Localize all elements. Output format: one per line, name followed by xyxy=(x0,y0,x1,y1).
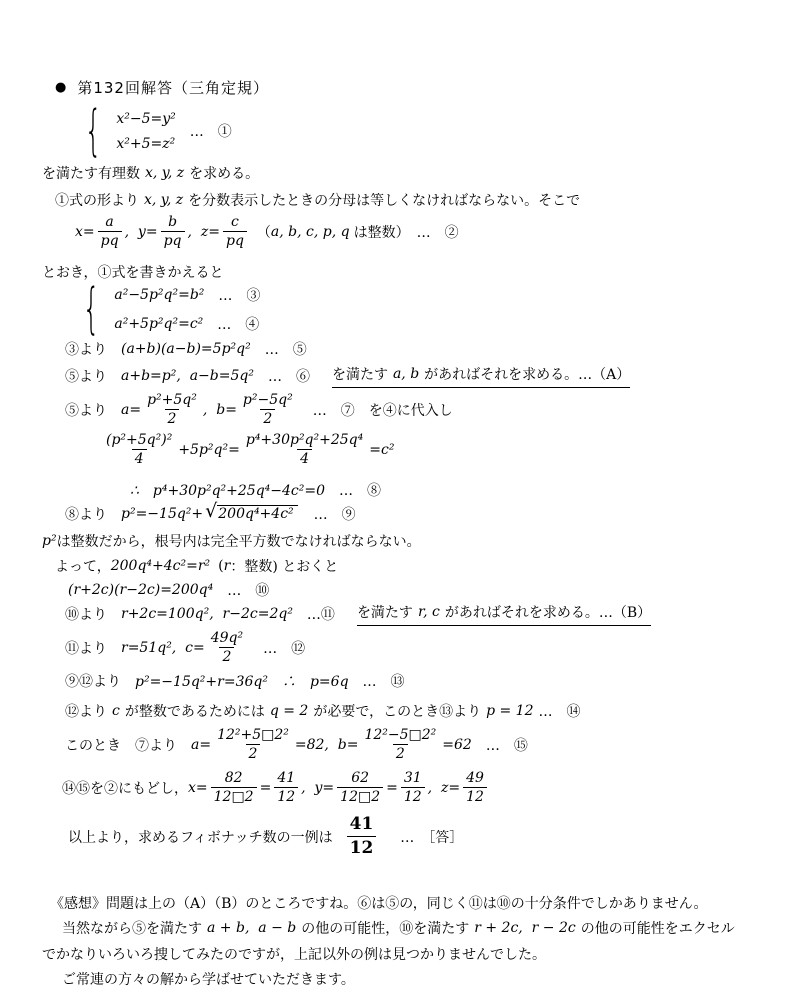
jp-text: （ xyxy=(250,222,271,242)
underlined-note-A: を満たす a, b があればそれを求める。…（A） xyxy=(332,364,630,388)
equation: x²+5=z² xyxy=(116,136,175,152)
jp-text: ：整数) とおくと xyxy=(230,556,338,576)
step-label: ⑨⑫より xyxy=(65,671,121,691)
jp-text: は整数だから，根号内は完全平方数でなければならない。 xyxy=(57,531,421,551)
equation-system-2: { a²−5p²q²=b² … ③ a²+5p²q²=c² … ④ xyxy=(74,282,260,336)
fraction-denominator: 12 xyxy=(401,787,425,807)
fraction-denominator: pq xyxy=(223,231,247,251)
jp-text: を分数表示したときの分母は等しくなければならない。そこで xyxy=(188,190,580,210)
equation-line: ⑨⑫より p²=−15q²+r=36q² ∴ p=6q … ⑬ xyxy=(65,671,405,691)
equation-number: … ⑭ xyxy=(539,701,581,721)
equation-line: ⑤より a+b=p², a−b=5q² … ⑥ を満たす a, b があればそれ… xyxy=(65,364,630,388)
fraction-denominator: 12 xyxy=(274,787,298,807)
fraction-denominator: 12 xyxy=(347,836,377,859)
fraction-denominator: pq xyxy=(98,231,122,251)
math-text: ∴ p⁴+30p²q²+25q⁴−4c²=0 xyxy=(130,480,325,500)
jp-text: ①式の形より xyxy=(55,190,139,210)
math-text: r + 2c, r − 2c xyxy=(474,920,576,936)
equation-line: x= a pq , y= b pq , z= c pq （ a, b, c, p… xyxy=(75,214,459,251)
fraction: 49q² 2 xyxy=(208,630,246,667)
fraction-numerator: p²+5q² xyxy=(144,392,200,409)
text-line: ⑫より c が整数であるためには q = 2 が必要で，このとき⑬より p = … xyxy=(65,701,581,721)
fraction: (p²+5q²)² 4 xyxy=(103,432,175,469)
fraction-denominator: 2 xyxy=(393,744,408,764)
jp-text: でかなりいろいろ捜してみたのですが，上記以外の例は見つかりませんでした。 xyxy=(42,944,546,964)
equation-number: … ⑧ xyxy=(325,480,381,500)
fraction: 12²+5□2² 2 xyxy=(214,727,292,764)
fraction: p²−5q² 2 xyxy=(240,392,296,429)
step-label: ⑩より xyxy=(65,604,107,624)
fraction: b pq xyxy=(161,214,185,251)
jp-text: を満たす xyxy=(357,602,413,622)
fraction-denominator: 4 xyxy=(132,449,147,469)
math-text: a, b, c, p, q xyxy=(271,224,350,240)
fraction-numerator: a xyxy=(102,214,116,231)
fraction-numerator: 49 xyxy=(463,770,487,787)
radical-sign: √ xyxy=(205,502,217,521)
fraction: 62 12□2 xyxy=(337,770,383,807)
equation-number: … ⑬ xyxy=(349,671,405,691)
math-text: r, c xyxy=(418,604,440,620)
math-text: , z= xyxy=(428,780,460,796)
answer-marker: … ［答］ xyxy=(386,827,463,847)
text-line: を満たす有理数 x, y, z を求める。 xyxy=(42,163,259,183)
math-text: a= xyxy=(191,737,211,753)
radicand: 200q⁴+4c² xyxy=(217,505,297,522)
step-label: このとき ⑦より xyxy=(65,735,177,755)
fraction: 41 12 xyxy=(274,770,298,807)
equation-line: (r+2c)(r−2c)=200q⁴ … ⑩ xyxy=(68,580,269,600)
fraction-denominator: 2 xyxy=(165,409,180,429)
jp-text: とおき，①式を書きかえると xyxy=(42,262,223,282)
fraction: p⁴+30p²q²+25q⁴ 4 xyxy=(243,432,366,469)
fraction-denominator: 12□2 xyxy=(337,787,383,807)
math-text: a+b=p², a−b=5q² xyxy=(121,368,254,384)
math-text: p = 12 xyxy=(486,703,533,719)
equation-line: ⑭⑮を②にもどし， x= 82 12□2 = 41 12 , y= 62 12□… xyxy=(62,770,490,807)
math-text: r+2c=100q², r−2c=2q² xyxy=(121,606,293,622)
jp-text: は整数） … ② xyxy=(354,222,459,242)
equation: x²−5=y² xyxy=(116,111,175,127)
fraction-denominator: 12 xyxy=(463,787,487,807)
math-text: a + b, a − b xyxy=(207,920,296,936)
equation-line: ③より (a+b)(a−b)=5p²q² … ⑤ xyxy=(65,339,307,359)
equation-number: … ⑤ xyxy=(251,339,307,359)
jp-text: の他の可能性をエクセル xyxy=(581,918,735,938)
left-brace: { xyxy=(85,104,102,158)
fraction-denominator: 4 xyxy=(297,449,312,469)
math-text: x= xyxy=(75,224,95,240)
jp-text: 《感想》問題は上の（A）（B）のところですね。⑥は⑤の，同じく⑪は⑩の十分条件で… xyxy=(50,893,708,913)
equation-number: … ⑫ xyxy=(249,638,305,658)
text-line: ①式の形より x, y, z を分数表示したときの分母は等しくなければならない。… xyxy=(55,190,580,210)
comment-line: 当然ながら⑤を満たす a + b, a − b の他の可能性，⑩を満たす r +… xyxy=(62,918,735,938)
title-text: 第132回解答（三角定規） xyxy=(77,77,269,98)
math-text: , y= xyxy=(125,224,158,240)
comment-line: 《感想》問題は上の（A）（B）のところですね。⑥は⑤の，同じく⑪は⑩の十分条件で… xyxy=(50,893,708,913)
math-text: +5p²q²= xyxy=(178,442,240,458)
fraction-numerator: 49q² xyxy=(208,630,246,647)
fraction: 12²−5□2² 2 xyxy=(361,727,439,764)
fraction-numerator: b xyxy=(165,214,180,231)
jp-text: よって， xyxy=(55,556,111,576)
step-label: ⑭⑮を②にもどし， xyxy=(62,778,188,798)
fraction: p²+5q² 2 xyxy=(144,392,200,429)
math-text: a= xyxy=(121,402,141,418)
math-text: , z= xyxy=(188,224,220,240)
math-text: , y= xyxy=(301,780,334,796)
equation-line: このとき ⑦より a= 12²+5□2² 2 =82, b= 12²−5□2² … xyxy=(65,727,528,764)
equation-line: (p²+5q²)² 4 +5p²q²= p⁴+30p²q²+25q⁴ 4 =c² xyxy=(100,432,394,469)
equation-number: …⑪ xyxy=(293,604,335,624)
step-label: ③より xyxy=(65,339,107,359)
math-text: (a+b)(a−b)=5p²q² xyxy=(121,341,251,357)
math-text: c xyxy=(112,703,120,719)
math-text: p²=−15q²+ xyxy=(121,506,203,522)
jp-text: を満たす有理数 xyxy=(42,163,140,183)
comment-line: でかなりいろいろ捜してみたのですが，上記以外の例は見つかりませんでした。 xyxy=(42,944,546,964)
fraction-denominator: 2 xyxy=(246,744,261,764)
math-text: x, y, z xyxy=(144,192,183,208)
system-equations: x²−5=y² x²+5=z² xyxy=(116,111,175,152)
equation-number: … ③ xyxy=(204,285,260,305)
fraction-numerator: 12²+5□2² xyxy=(214,727,292,744)
text-line: よって， 200q⁴+4c²=r² ( r ：整数) とおくと xyxy=(55,556,338,576)
math-text: p² xyxy=(42,533,57,549)
fraction-numerator: 82 xyxy=(222,770,246,787)
underlined-note-B: を満たす r, c があればそれを求める。…（B） xyxy=(357,602,651,626)
math-text: r=51q², c= xyxy=(121,640,205,656)
fraction-numerator: 62 xyxy=(348,770,372,787)
equation-number: … ⑨ xyxy=(300,504,356,524)
equation-system-1: { x²−5=y² x²+5=z² … ① xyxy=(76,104,232,158)
fraction-numerator: p²−5q² xyxy=(240,392,296,409)
fraction: 49 12 xyxy=(463,770,487,807)
jp-text: … ⑦ を④に代入し xyxy=(299,400,453,420)
jp-text: を満たす xyxy=(332,364,388,384)
equation-line: ⑪より r=51q², c= 49q² 2 … ⑫ xyxy=(65,630,305,667)
math-text: x, y, z xyxy=(145,165,184,181)
fraction: c pq xyxy=(223,214,247,251)
equation-number: … ① xyxy=(176,121,232,141)
equation: a²+5p²q²=c² xyxy=(114,316,203,332)
equation-number: … ⑩ xyxy=(213,580,269,600)
page-title: ● 第132回解答（三角定規） xyxy=(55,77,269,98)
fraction-denominator: 2 xyxy=(219,647,234,667)
jp-text: が整数であるためには xyxy=(125,701,265,721)
math-text: a, b xyxy=(393,366,419,382)
jp-text: があればそれを求める。…（A） xyxy=(424,364,630,384)
math-text: = xyxy=(260,780,272,796)
math-text: =82, b= xyxy=(295,737,359,753)
equation-line: ⑩より r+2c=100q², r−2c=2q² …⑪ を満たす r, c があ… xyxy=(65,602,651,626)
radical: √ 200q⁴+4c² xyxy=(205,505,298,524)
math-text: p²=−15q²+r=36q² ∴ p=6q xyxy=(135,671,349,691)
math-text: =62 xyxy=(442,737,472,753)
math-text: = xyxy=(386,780,398,796)
answer-fraction: 41 12 xyxy=(347,815,377,859)
jp-text: を求める。 xyxy=(189,163,259,183)
jp-text: が必要で，このとき⑬より xyxy=(313,701,481,721)
math-text: , b= xyxy=(203,402,237,418)
math-text: =c² xyxy=(369,442,394,458)
math-text: x= xyxy=(188,780,208,796)
fraction-numerator: c xyxy=(228,214,242,231)
system-equations: a²−5p²q²=b² … ③ a²+5p²q²=c² … ④ xyxy=(114,285,260,334)
equation-number: … ⑥ xyxy=(254,366,310,386)
step-label: ⑤より xyxy=(65,400,107,420)
step-label: ⑪より xyxy=(65,638,107,658)
jp-text: があればそれを求める。…（B） xyxy=(445,602,651,622)
comment-line: ご常連の方々の解から学ばせていただきます。 xyxy=(62,969,355,989)
equation-line: ⑧より p²=−15q²+ √ 200q⁴+4c² … ⑨ xyxy=(65,504,356,524)
fraction: 82 12□2 xyxy=(211,770,257,807)
fraction-numerator: 31 xyxy=(401,770,425,787)
fraction-numerator: 41 xyxy=(347,815,377,836)
jp-text: ご常連の方々の解から学ばせていただきます。 xyxy=(62,969,355,989)
step-label: ⑧より xyxy=(65,504,107,524)
step-label: ⑫より xyxy=(65,701,107,721)
equation-line: ∴ p⁴+30p²q²+25q⁴−4c²=0 … ⑧ xyxy=(130,480,381,500)
math-text: q = 2 xyxy=(270,703,309,719)
jp-text: の他の可能性，⑩を満たす xyxy=(301,918,469,938)
fraction: 31 12 xyxy=(401,770,425,807)
math-text: (r+2c)(r−2c)=200q⁴ xyxy=(68,582,213,598)
fraction-numerator: 41 xyxy=(274,770,298,787)
document-page: ● 第132回解答（三角定規） { x²−5=y² x²+5=z² … ① を満… xyxy=(0,0,787,1003)
jp-text: 以上より，求めるフィボナッチ数の一例は xyxy=(68,827,333,847)
math-text: r xyxy=(224,558,231,574)
fraction-denominator: 2 xyxy=(260,409,275,429)
step-label: ⑤より xyxy=(65,366,107,386)
equation: a²−5p²q²=b² xyxy=(114,287,204,303)
text-line: とおき，①式を書きかえると xyxy=(42,262,223,282)
answer-line: 以上より，求めるフィボナッチ数の一例は 41 12 … ［答］ xyxy=(68,815,463,859)
math-text: 200q⁴+4c²=r² xyxy=(111,558,210,574)
equation-number: … ④ xyxy=(203,314,259,334)
fraction-numerator: p⁴+30p²q²+25q⁴ xyxy=(243,432,366,449)
fraction-denominator: 12□2 xyxy=(211,787,257,807)
fraction: a pq xyxy=(98,214,122,251)
text-line: p² は整数だから，根号内は完全平方数でなければならない。 xyxy=(42,531,421,551)
left-brace: { xyxy=(83,282,100,336)
fraction-numerator: 12²−5□2² xyxy=(361,727,439,744)
fraction-numerator: (p²+5q²)² xyxy=(103,432,175,449)
fraction-denominator: pq xyxy=(161,231,185,251)
bullet-icon: ● xyxy=(55,80,67,95)
equation-line: ⑤より a= p²+5q² 2 , b= p²−5q² 2 … ⑦ を④に代入し xyxy=(65,392,453,429)
equation-number: … ⑮ xyxy=(472,735,528,755)
jp-text: 当然ながら⑤を満たす xyxy=(62,918,202,938)
